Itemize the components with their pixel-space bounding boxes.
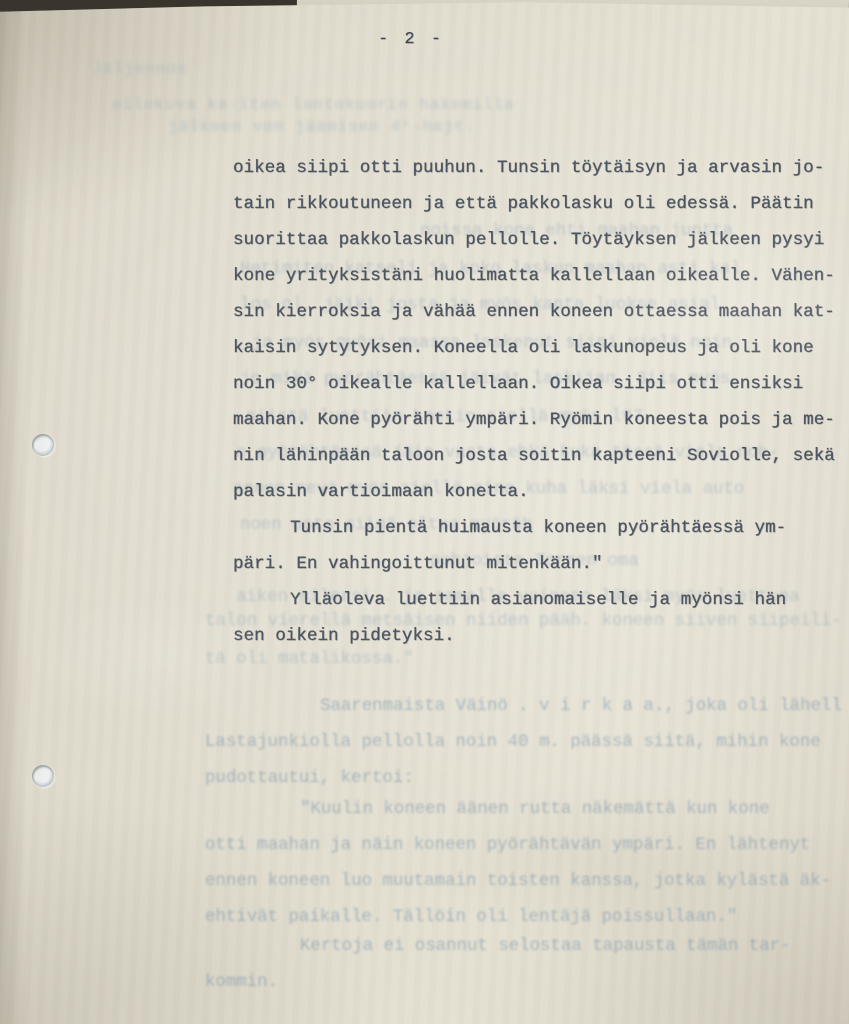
typed-line: nin lähinpään taloon josta soitin kaptee… — [233, 446, 835, 466]
page-number: - 2 - — [378, 30, 444, 49]
typed-line: oikea siipi otti puuhun. Tunsin töytäisy… — [233, 158, 824, 178]
document-page: - 2 - Jäljennöseilokuva ka-iten lantokuo… — [0, 0, 849, 1024]
bleed-through-line: kommin. — [205, 973, 278, 992]
bleed-through-line: ennen koneen luo muutamain toisten kanss… — [205, 872, 831, 891]
bleed-through-line: tä oli matalikossa." — [205, 650, 414, 669]
typed-line: päri. En vahingoittunut mitenkään." — [233, 554, 603, 574]
typed-line: sin kierroksia ja vähää ennen koneen ott… — [233, 302, 835, 322]
bleed-through-line: Saarenmaista Väinö . v i r k a a., joka … — [320, 697, 842, 716]
typed-line: maahan. Kone pyörähti ympäri. Ryömin kon… — [233, 410, 835, 430]
bleed-through-line: ehtivät paikalle. Tällöin oli lentäjä po… — [205, 908, 737, 927]
bleed-through-line: pudottautui, kertoi: — [205, 769, 414, 788]
bleed-through-line: Kertoja ei osannut selostaa tapausta täm… — [300, 937, 791, 956]
typed-line: kaisin sytytyksen. Koneella oli laskunop… — [233, 338, 814, 358]
bleed-through-line: Jäljennös — [92, 60, 187, 78]
typed-line: suorittaa pakkolaskun pellolle. Töytäyks… — [233, 230, 824, 250]
typed-line: Tunsin pientä huimausta koneen pyörähtäe… — [290, 518, 786, 538]
typed-line: noin 30° oikealle kallellaan. Oikea siip… — [233, 374, 803, 394]
bleed-through-line: eilokuva ka-iten lantokuorin hakemilla — [112, 96, 515, 114]
bleed-through-line: "Kuulin koneen äänen rutta näkemättä kun… — [300, 800, 770, 819]
typed-line: kone yrityksistäni huolimatta kallellaan… — [233, 266, 835, 286]
bleed-through-line: otti maahan ja näin koneen pyörähtävän y… — [205, 836, 810, 855]
punch-hole-bottom — [32, 765, 54, 787]
typed-line: palasin vartioimaan konetta. — [233, 482, 529, 502]
typed-line: Ylläoleva luettiin asianomaiselle ja myö… — [290, 590, 786, 610]
bleed-through-line: Lastajunkiolla pellolla noin 40 m. pääss… — [205, 733, 821, 752]
bleed-through-line: jälkeen von jäämisen 4°-hajt. — [168, 118, 475, 136]
typed-line: tain rikkoutuneen ja että pakkolasku oli… — [233, 194, 814, 214]
typed-line: sen oikein pidetyksi. — [233, 626, 455, 646]
punch-hole-top — [32, 434, 54, 456]
